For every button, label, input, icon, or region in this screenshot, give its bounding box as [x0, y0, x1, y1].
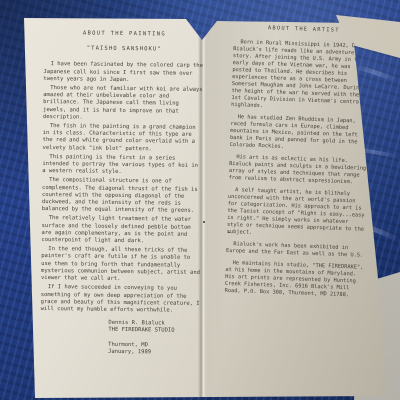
- left-page-about-the-painting: ABOUT THE PAINTING "TAISHO SANSHOKU" I h…: [40, 30, 205, 357]
- paragraph: He maintains his studio, "THE FIREDRAKE"…: [225, 260, 366, 300]
- paragraph: I have been fascinated by the colored ca…: [43, 61, 204, 85]
- paragraph: This painting is the first in a series i…: [42, 154, 203, 178]
- page-title: ABOUT THE PAINTING: [44, 30, 205, 39]
- paragraph: A self taught artist, he is blithely unc…: [227, 187, 369, 241]
- paragraph: If I have succeeded in conveying to you …: [41, 284, 202, 315]
- paragraph: His art is as eclectic as his life. Bial…: [228, 154, 369, 187]
- paragraph: He has studied Zen Bhuddism in Japan, ra…: [230, 114, 371, 154]
- program-sheet: ABOUT THE PAINTING "TAISHO SANSHOKU" I h…: [0, 0, 400, 400]
- photo-background: ABOUT THE PAINTING "TAISHO SANSHOKU" I h…: [0, 0, 400, 400]
- paragraph: Born in Rural Mississippi in 1942, Denni…: [231, 39, 373, 114]
- paragraph: In the end though, all these tricks of t…: [41, 246, 202, 284]
- paragraph: The fish in the painting is a grand cham…: [43, 123, 204, 154]
- paragraph: The compositional structure is one of co…: [42, 177, 203, 215]
- paper-speck: [203, 221, 205, 223]
- signature-date: January, 1989: [108, 349, 201, 357]
- signature-block: Dennis R. Bialuck THE FIREDRAKE STUDIO T…: [40, 319, 201, 357]
- page-subtitle: "TAISHO SANSHOKU": [44, 45, 205, 54]
- signature-studio: THE FIREDRAKE STUDIO: [108, 327, 201, 335]
- denim-crease-highlight: [352, 63, 397, 82]
- paragraph: Bialuck's work has been exhibited in Eur…: [226, 241, 366, 260]
- paragraph: Those who are not familiar with koi are …: [43, 85, 204, 123]
- paragraph: The relatively light treatment of the wa…: [41, 215, 202, 246]
- right-page-about-the-artist: ABOUT THE ARTIST Born in Rural Mississip…: [224, 24, 374, 305]
